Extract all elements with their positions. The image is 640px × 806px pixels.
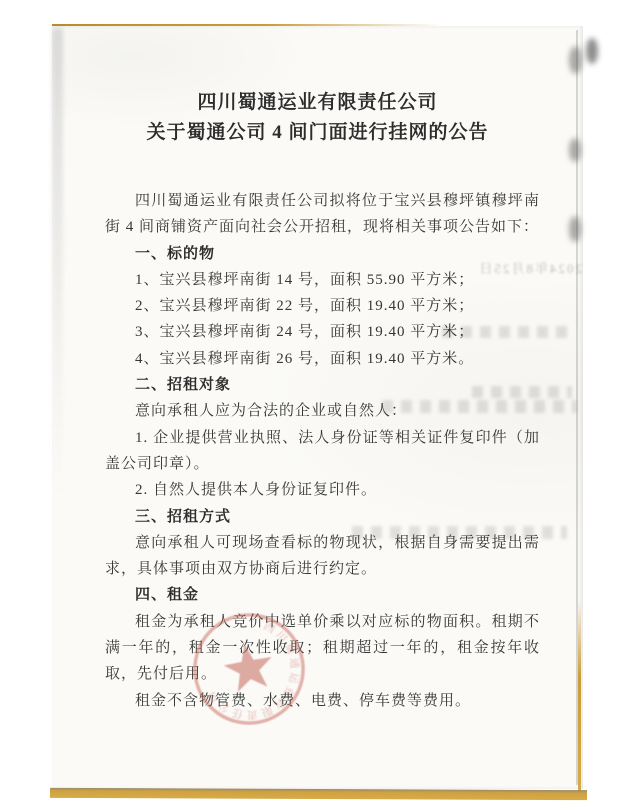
- rent-paragraph-1: 租金为承租人竞价中选单价乘以对应标的物面积。租期不满一年的，租金一次性收取；租期…: [105, 609, 540, 688]
- ghost-bleedthrough-smudge: [472, 386, 572, 398]
- section-heading-rent: 四、租金: [105, 582, 540, 608]
- document-title-line1: 四川蜀通运业有限责任公司: [52, 88, 583, 118]
- rent-paragraph-2: 租金不含物管费、水费、电费、停车费等费用。: [105, 688, 540, 714]
- ghost-bleedthrough-smudge: [442, 326, 572, 338]
- paper-edge-left-smudge: [52, 28, 63, 498]
- scan-background: 四川蜀通运业有限责任公司 关于蜀通公司 4 间门面进行挂网的公告 四川蜀通运业有…: [0, 0, 640, 806]
- document-title-line2: 关于蜀通公司 4 间门面进行挂网的公告: [52, 118, 583, 148]
- ghost-bleedthrough-smudge: [352, 526, 567, 539]
- ghost-bleedthrough-smudge: [382, 400, 577, 413]
- document-title: 四川蜀通运业有限责任公司 关于蜀通公司 4 间门面进行挂网的公告: [52, 88, 583, 148]
- scan-smudge: [569, 138, 581, 162]
- paper-edge-right-gold: [578, 600, 581, 795]
- scan-smudge: [569, 216, 581, 242]
- target-item-4: 4、宝兴县穆坪南街 26 号，面积 19.40 平方米。: [105, 346, 540, 372]
- paper-edge-bottom: [50, 788, 587, 800]
- tenants-paragraph-3: 2. 自然人提供本人身份证复印件。: [105, 477, 540, 503]
- document-page: 四川蜀通运业有限责任公司 关于蜀通公司 4 间门面进行挂网的公告 四川蜀通运业有…: [52, 26, 583, 789]
- scan-smudge: [569, 46, 582, 74]
- intro-paragraph: 四川蜀通运业有限责任公司拟将位于宝兴县穆坪镇穆坪南街 4 间商铺资产面向社会公开…: [105, 188, 540, 241]
- target-item-2: 2、宝兴县穆坪南街 22 号，面积 19.40 平方米；: [105, 293, 540, 319]
- tenants-paragraph-2: 1. 企业提供营业执照、法人身份证等相关证件复印件（加盖公司印章）。: [105, 425, 540, 478]
- scan-smudge: [586, 38, 598, 64]
- ghost-bleedthrough-date: 2024年8月25日: [302, 258, 582, 277]
